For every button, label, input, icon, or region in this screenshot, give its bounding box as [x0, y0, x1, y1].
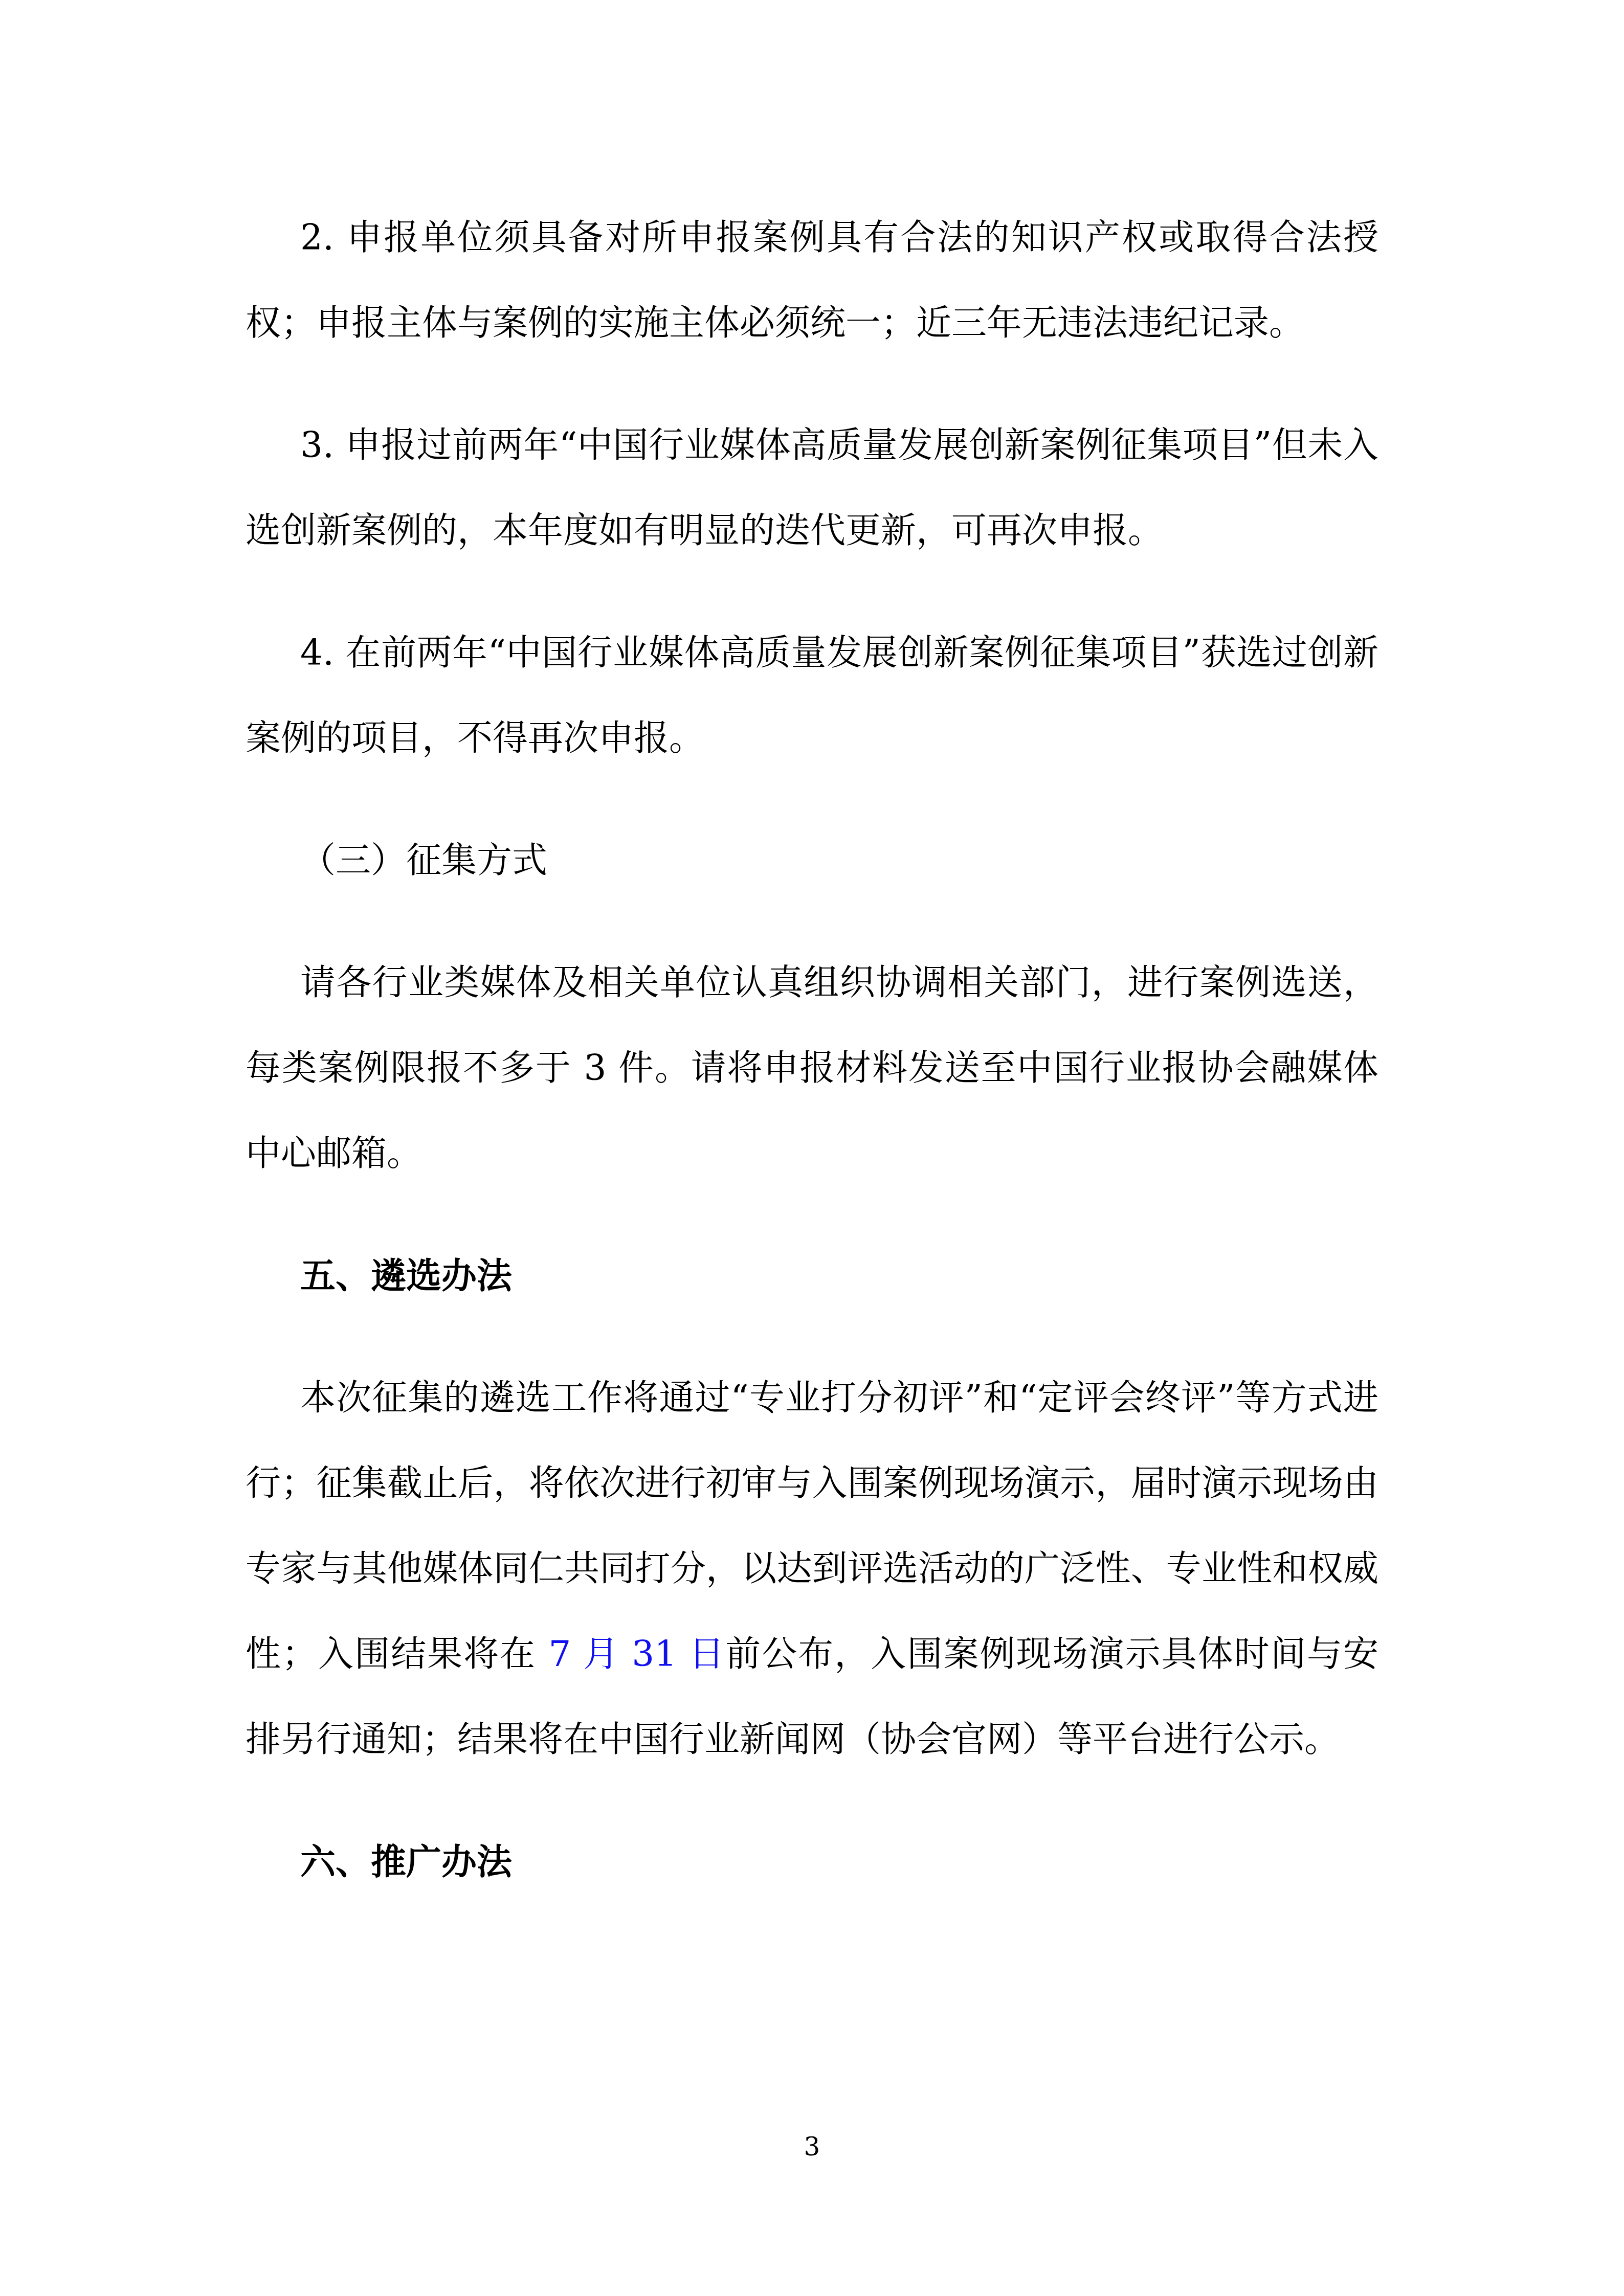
- selection-text-before-date: 本次征集的遴选工作将通过“专业打分初评”和“定评会终评”等方式进行；征集截止后，…: [246, 1378, 1378, 1675]
- paragraph-collection-method: 请各行业类媒体及相关单位认真组织协调相关部门，进行案例选送，每类案例限报不多于 …: [246, 940, 1378, 1197]
- heading-promotion-method: 六、推广办法: [246, 1819, 1378, 1905]
- heading-selection-method: 五、遴选办法: [246, 1233, 1378, 1319]
- paragraph-selection-method: 本次征集的遴选工作将通过“专业打分初评”和“定评会终评”等方式进行；征集截止后，…: [246, 1356, 1378, 1783]
- heading-collection-method: （三）征集方式: [246, 818, 1378, 904]
- paragraph-rule-2: 2. 申报单位须具备对所申报案例具有合法的知识产权或取得合法授权；申报主体与案例…: [246, 195, 1378, 366]
- page-number: 3: [246, 2131, 1378, 2162]
- paragraph-rule-3: 3. 申报过前两年“中国行业媒体高质量发展创新案例征集项目”但未入选创新案例的，…: [246, 403, 1378, 574]
- document-page: 2. 申报单位须具备对所申报案例具有合法的知识产权或取得合法授权；申报主体与案例…: [0, 0, 1624, 2296]
- date-highlight: 7 月 31 日: [548, 1634, 725, 1675]
- paragraph-rule-4: 4. 在前两年“中国行业媒体高质量发展创新案例征集项目”获选过创新案例的项目，不…: [246, 611, 1378, 781]
